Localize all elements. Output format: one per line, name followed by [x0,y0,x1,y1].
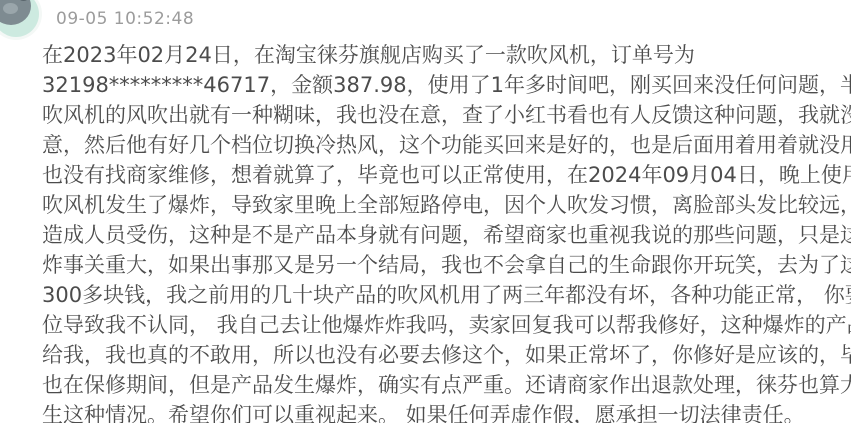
avatar-background [0,0,39,37]
post-text-line: 在2023年02月24日，在淘宝徕芬旗舰店购买了一款吹风机，订单号为 [42,40,832,70]
post-text-line: 300多块钱，我之前用的几十块产品的吹风机用了两三年都没有坏，各种功能正常， 你… [42,280,832,310]
post-text-line: 也在保修期间，但是产品发生爆炸，确实有点严重。还请商家作出退款处理，徕芬也算大牌… [42,370,832,400]
post-timestamp: 09-05 10:52:48 [56,9,194,29]
avatar-muzzle-icon [3,3,18,14]
post-text-line: 意，然后他有好几个档位切换冷热风，这个功能买回来是好的，也是后面用着用着就没用的… [42,130,832,160]
koala-avatar-icon [0,0,31,25]
post-text-line: 生这种情况。希望你们可以重视起来。 如果任何弄虚作假，愿承担一切法律责任。 [42,400,832,423]
post-text-line: 给我，我也真的不敢用，所以也没有必要去修这个，如果正常坏了，你修好是应该的，毕竟… [42,340,832,370]
post-text-line: 位导致我不认同， 我自己去让他爆炸炸我吗，卖家回复我可以帮我修好，这种爆炸的产品… [42,310,832,340]
post-text-line: 造成人员受伤，这种是不是产品本身就有问题，希望商家也重视我说的那些问题，只是这个… [42,220,832,250]
post-text-line: 吹风机发生了爆炸，导致家里晚上全部短路停电，因个人吹发习惯，离脸部头发比较远，没… [42,190,832,220]
post-body: 在2023年02月24日，在淘宝徕芬旗舰店购买了一款吹风机，订单号为 32198… [42,40,832,423]
avatar-ear-icon [17,0,30,1]
post-text-line: 32198*********46717，金额387.98，使用了1年多时间吧，刚… [42,70,832,100]
complaint-post-page: 09-05 10:52:48 在2023年02月24日，在淘宝徕芬旗舰店购买了一… [0,0,851,423]
post-text-line: 也没有找商家维修，想着就算了，毕竟也可以正常使用，在2024年09月04日，晚上… [42,160,832,190]
avatar[interactable] [0,0,42,40]
post-text-line: 炸事关重大，如果出事那又是另一个结局，我也不会拿自己的生命跟你开玩笑，去为了这个 [42,250,832,280]
post-text-line: 吹风机的风吹出就有一种糊味，我也没在意，查了小红书看也有人反馈这种问题，我就没在 [42,100,832,130]
